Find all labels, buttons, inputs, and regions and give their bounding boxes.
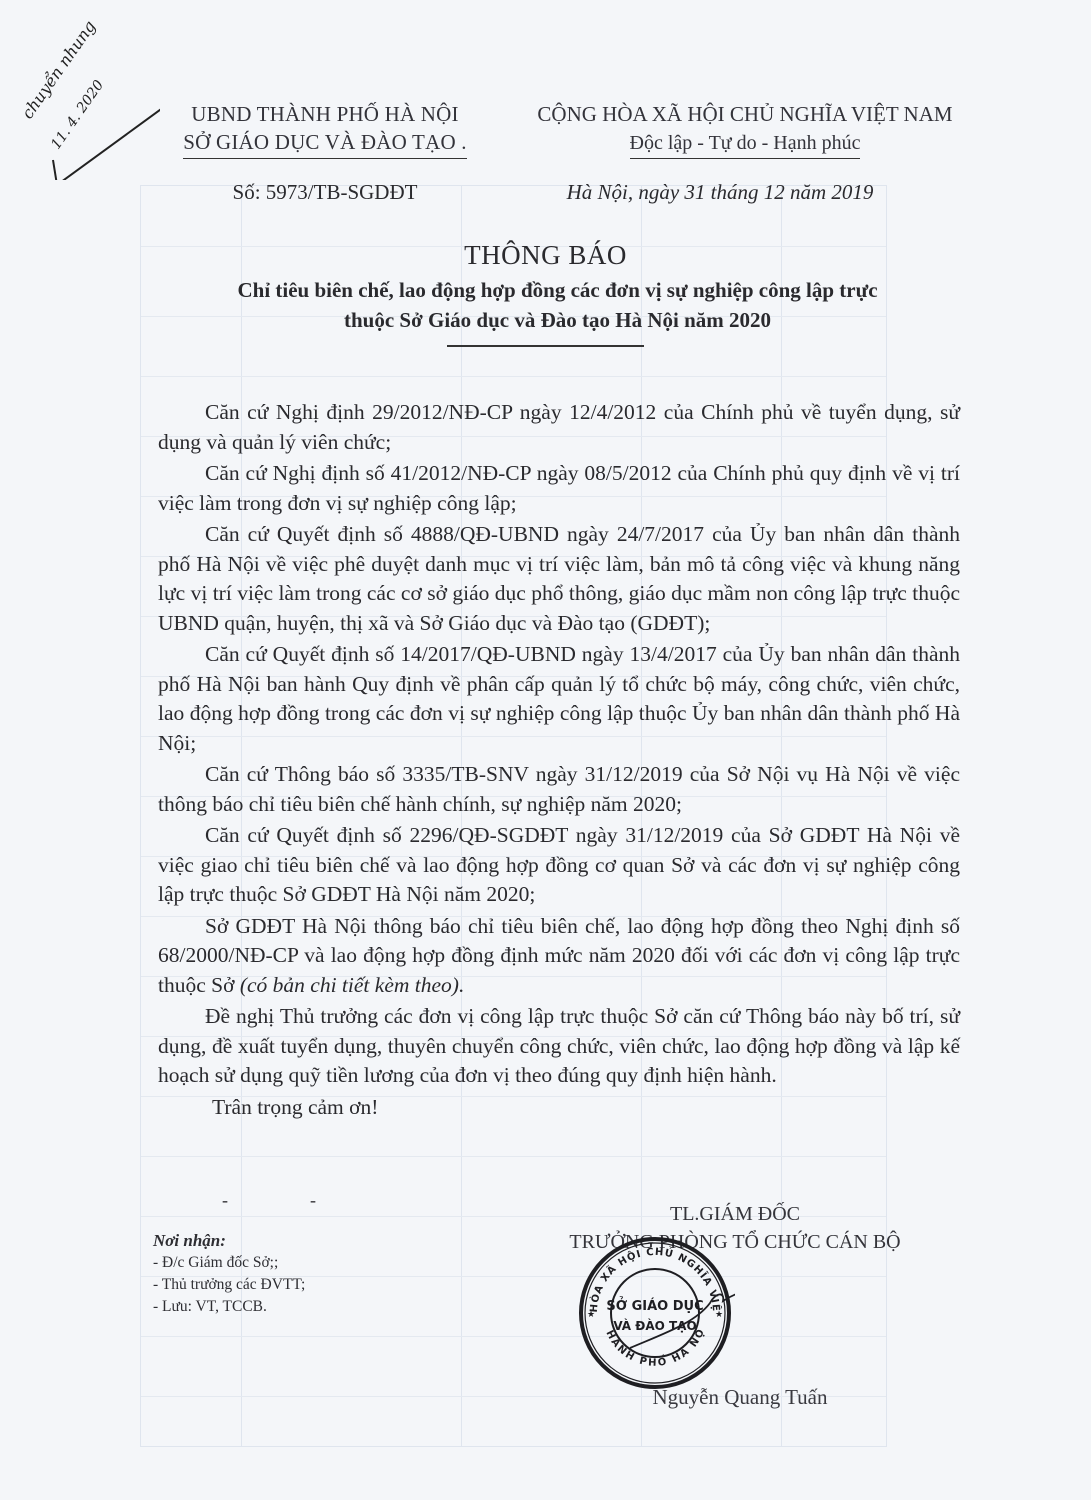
closing-line: Trân trọng cảm ơn! (158, 1093, 960, 1123)
legal-basis-paragraph: Căn cứ Quyết định số 2296/QĐ-SGDĐT ngày … (158, 821, 960, 910)
scanned-document-page: chuyển nhung 11. 4. 2020 UBND THÀNH PHỐ … (0, 0, 1091, 1500)
dash-mark: - (310, 1190, 316, 1211)
announcement-note: (có bản chi tiết kèm theo). (240, 973, 464, 997)
title-divider (447, 345, 644, 347)
recipient-item: - Thủ trưởng các ĐVTT; (153, 1274, 305, 1296)
request-paragraph: Đề nghị Thủ trưởng các đơn vị công lập t… (158, 1002, 960, 1091)
legal-basis-paragraph: Căn cứ Nghị định số 41/2012/NĐ-CP ngày 0… (158, 459, 960, 518)
document-number: Số: 5973/TB-SGDĐT (160, 180, 490, 205)
place-date: Hà Nội, ngày 31 tháng 12 năm 2019 (500, 180, 940, 205)
svg-text:11. 4. 2020: 11. 4. 2020 (48, 77, 107, 152)
signer-name: Nguyễn Quang Tuấn (620, 1385, 860, 1410)
country-name: CỘNG HÒA XÃ HỘI CHỦ NGHĨA VIỆT NAM (500, 100, 990, 128)
subtitle-line: Chỉ tiêu biên chế, lao động hợp đồng các… (150, 275, 965, 305)
document-subtitle: Chỉ tiêu biên chế, lao động hợp đồng các… (150, 275, 965, 335)
document-title: THÔNG BÁO (0, 240, 1091, 271)
handwritten-annotation: chuyển nhung 11. 4. 2020 (20, 20, 160, 180)
legal-basis-paragraph: Căn cứ Nghị định 29/2012/NĐ-CP ngày 12/4… (158, 398, 960, 457)
agency-header: UBND THÀNH PHỐ HÀ NỘI SỞ GIÁO DỤC VÀ ĐÀO… (160, 100, 490, 159)
svg-text:★: ★ (715, 1309, 723, 1319)
official-seal-icon: CỘNG HÒA XÃ HỘI CHỦ NGHĨA VIỆT NAM THÀNH… (575, 1233, 735, 1393)
national-header: CỘNG HÒA XÃ HỘI CHỦ NGHĨA VIỆT NAM Độc l… (500, 100, 990, 159)
signer-authority: TL.GIÁM ĐỐC (525, 1200, 945, 1228)
recipient-item: - Lưu: VT, TCCB. (153, 1296, 305, 1318)
parent-agency: UBND THÀNH PHỐ HÀ NỘI (160, 100, 490, 128)
svg-text:★: ★ (587, 1309, 595, 1319)
recipients-label: Nơi nhận: (153, 1230, 305, 1252)
subtitle-line: thuộc Sở Giáo dục và Đào tạo Hà Nội năm … (150, 305, 965, 335)
legal-basis-paragraph: Căn cứ Quyết định số 4888/QĐ-UBND ngày 2… (158, 520, 960, 638)
national-motto: Độc lập - Tự do - Hạnh phúc (630, 129, 861, 159)
legal-basis-paragraph: Căn cứ Quyết định số 14/2017/QĐ-UBND ngà… (158, 640, 960, 758)
announcement-paragraph: Sở GDĐT Hà Nội thông báo chỉ tiêu biên c… (158, 912, 960, 1001)
recipients-block: Nơi nhận: - Đ/c Giám đốc Sở;; - Thủ trưở… (153, 1230, 305, 1318)
legal-basis-paragraph: Căn cứ Thông báo số 3335/TB-SNV ngày 31/… (158, 760, 960, 819)
svg-text:SỞ GIÁO DỤC: SỞ GIÁO DỤC (606, 1297, 703, 1314)
document-body: Căn cứ Nghị định 29/2012/NĐ-CP ngày 12/4… (158, 398, 960, 1124)
dash-mark: - (222, 1190, 228, 1211)
recipient-item: - Đ/c Giám đốc Sở;; (153, 1252, 305, 1274)
issuing-agency: SỞ GIÁO DỤC VÀ ĐÀO TẠO . (183, 128, 466, 159)
svg-text:VÀ ĐÀO TẠO: VÀ ĐÀO TẠO (613, 1318, 696, 1333)
